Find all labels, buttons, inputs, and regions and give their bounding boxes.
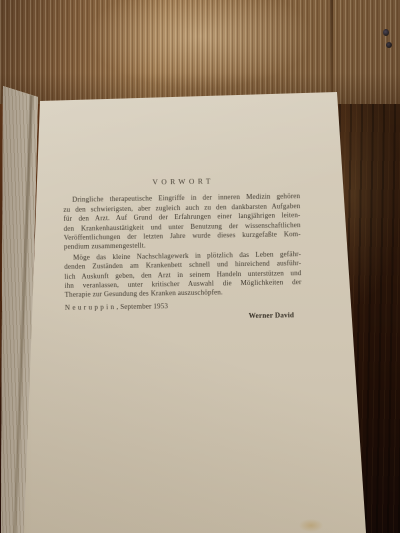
foreword-paragraph-2: Möge das kleine Nachschlagewerk in plötz… [64, 250, 302, 301]
page-stain [299, 519, 323, 532]
foreword-text-block: VORWORT Dringliche therapeutische Eingri… [63, 175, 302, 324]
wood-nail-hole-bottom [386, 42, 392, 48]
dateline-rest: , September 1953 [116, 302, 168, 311]
wood-plank-right [333, 0, 400, 100]
wood-table-top-band [0, 0, 400, 104]
foreword-paragraph-1: Dringliche therapeutische Eingriffe in d… [63, 193, 301, 253]
dateline-place: Neuruppin [65, 303, 117, 312]
wood-nail-hole-top [383, 29, 389, 36]
photo-of-open-book: VORWORT Dringliche therapeutische Eingri… [0, 0, 400, 533]
